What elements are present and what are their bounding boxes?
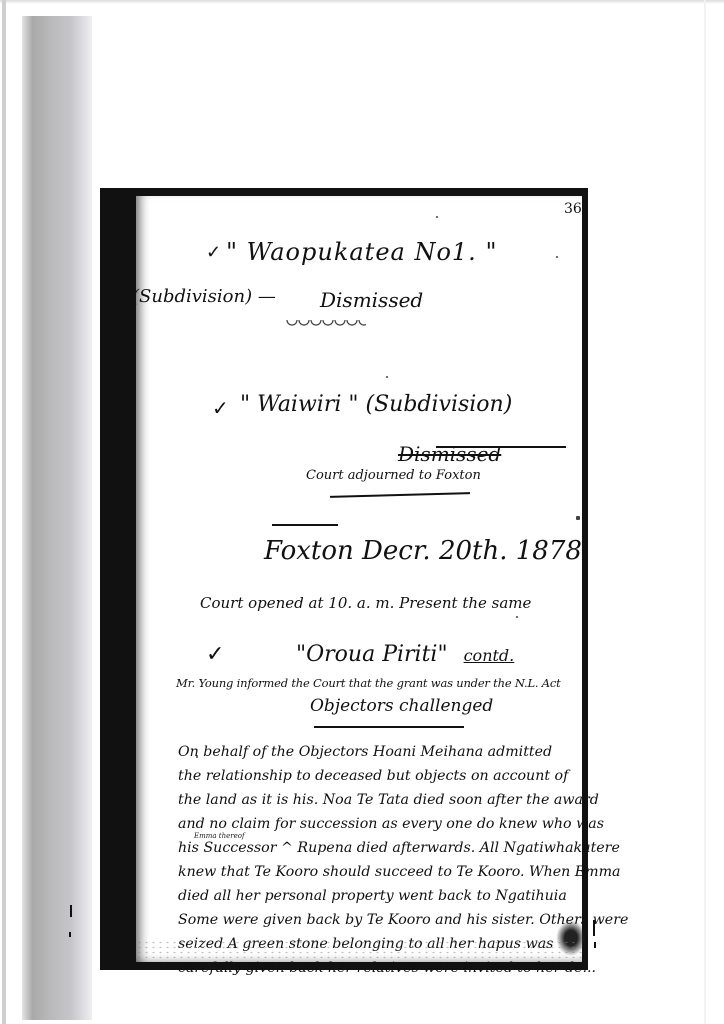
body-line: died all her personal property went back… bbox=[178, 888, 567, 904]
section-title: "Oroua Piriti" bbox=[296, 642, 448, 667]
body-line: and no claim for succession as every one… bbox=[178, 816, 604, 832]
margin-mark bbox=[594, 942, 596, 948]
entry-subtitle: (Subdivision) — bbox=[132, 286, 276, 307]
check-mark: ✓ bbox=[206, 242, 221, 263]
scan-top-edge bbox=[0, 0, 724, 4]
manuscript-page: 36 ✓ " Waopukatea No1. " (Subdivision) —… bbox=[100, 188, 588, 970]
check-mark: ✓ bbox=[212, 396, 229, 420]
scan-speck bbox=[196, 756, 198, 758]
entry-title-waopukatea: " Waopukatea No1. " bbox=[226, 238, 497, 266]
section-heading: "Oroua Piriti"contd. bbox=[296, 642, 514, 667]
section-continued: contd. bbox=[464, 646, 515, 665]
body-line: On behalf of the Objectors Hoani Meihana… bbox=[178, 744, 552, 760]
court-adjourned-note: Court adjourned to Foxton bbox=[306, 468, 481, 483]
scan-speck bbox=[516, 616, 518, 618]
page-paper: 36 ✓ " Waopukatea No1. " (Subdivision) —… bbox=[136, 196, 582, 962]
scan-noise bbox=[136, 940, 582, 962]
margin-mark bbox=[69, 932, 71, 937]
young-statement: Mr. Young informed the Court that the gr… bbox=[176, 676, 561, 690]
entry-title-waiwiri: " Waiwiri " (Subdivision) bbox=[240, 392, 512, 417]
body-line: carefully given back her relatives were … bbox=[178, 960, 596, 976]
body-line: the relationship to deceased but objects… bbox=[178, 768, 568, 784]
scan-speck bbox=[556, 256, 558, 258]
flourish-overline bbox=[272, 524, 338, 526]
date-heading: Foxton Decr. 20th. 1878 bbox=[264, 536, 582, 566]
book-binding-shadow bbox=[22, 16, 92, 1020]
body-line: the land as it is his. Noa Te Tata died … bbox=[178, 792, 599, 808]
flourish-underline bbox=[286, 320, 366, 326]
body-line: his Successor ^ Rupena died afterwards. … bbox=[178, 840, 620, 856]
scan-speck bbox=[576, 516, 580, 520]
strike-rule bbox=[436, 446, 566, 448]
flourish-underline bbox=[314, 726, 464, 728]
objectors-heading: Objectors challenged bbox=[310, 696, 493, 716]
scan-left-edge bbox=[2, 0, 6, 1024]
body-line: knew that Te Kooro should succeed to Te … bbox=[178, 864, 621, 880]
page-number: 36 bbox=[564, 201, 582, 217]
court-opened-line: Court opened at 10. a. m. Present the sa… bbox=[200, 594, 531, 612]
flourish-underline bbox=[330, 492, 470, 497]
interlinear-note: Emma thereof bbox=[194, 832, 245, 840]
scan-speck bbox=[436, 216, 438, 218]
entry-status-dismissed: Dismissed bbox=[320, 288, 423, 312]
scan-speck bbox=[386, 376, 388, 378]
check-mark: ✓ bbox=[206, 642, 224, 667]
scan-right-edge bbox=[704, 0, 706, 1024]
margin-mark bbox=[70, 905, 72, 917]
